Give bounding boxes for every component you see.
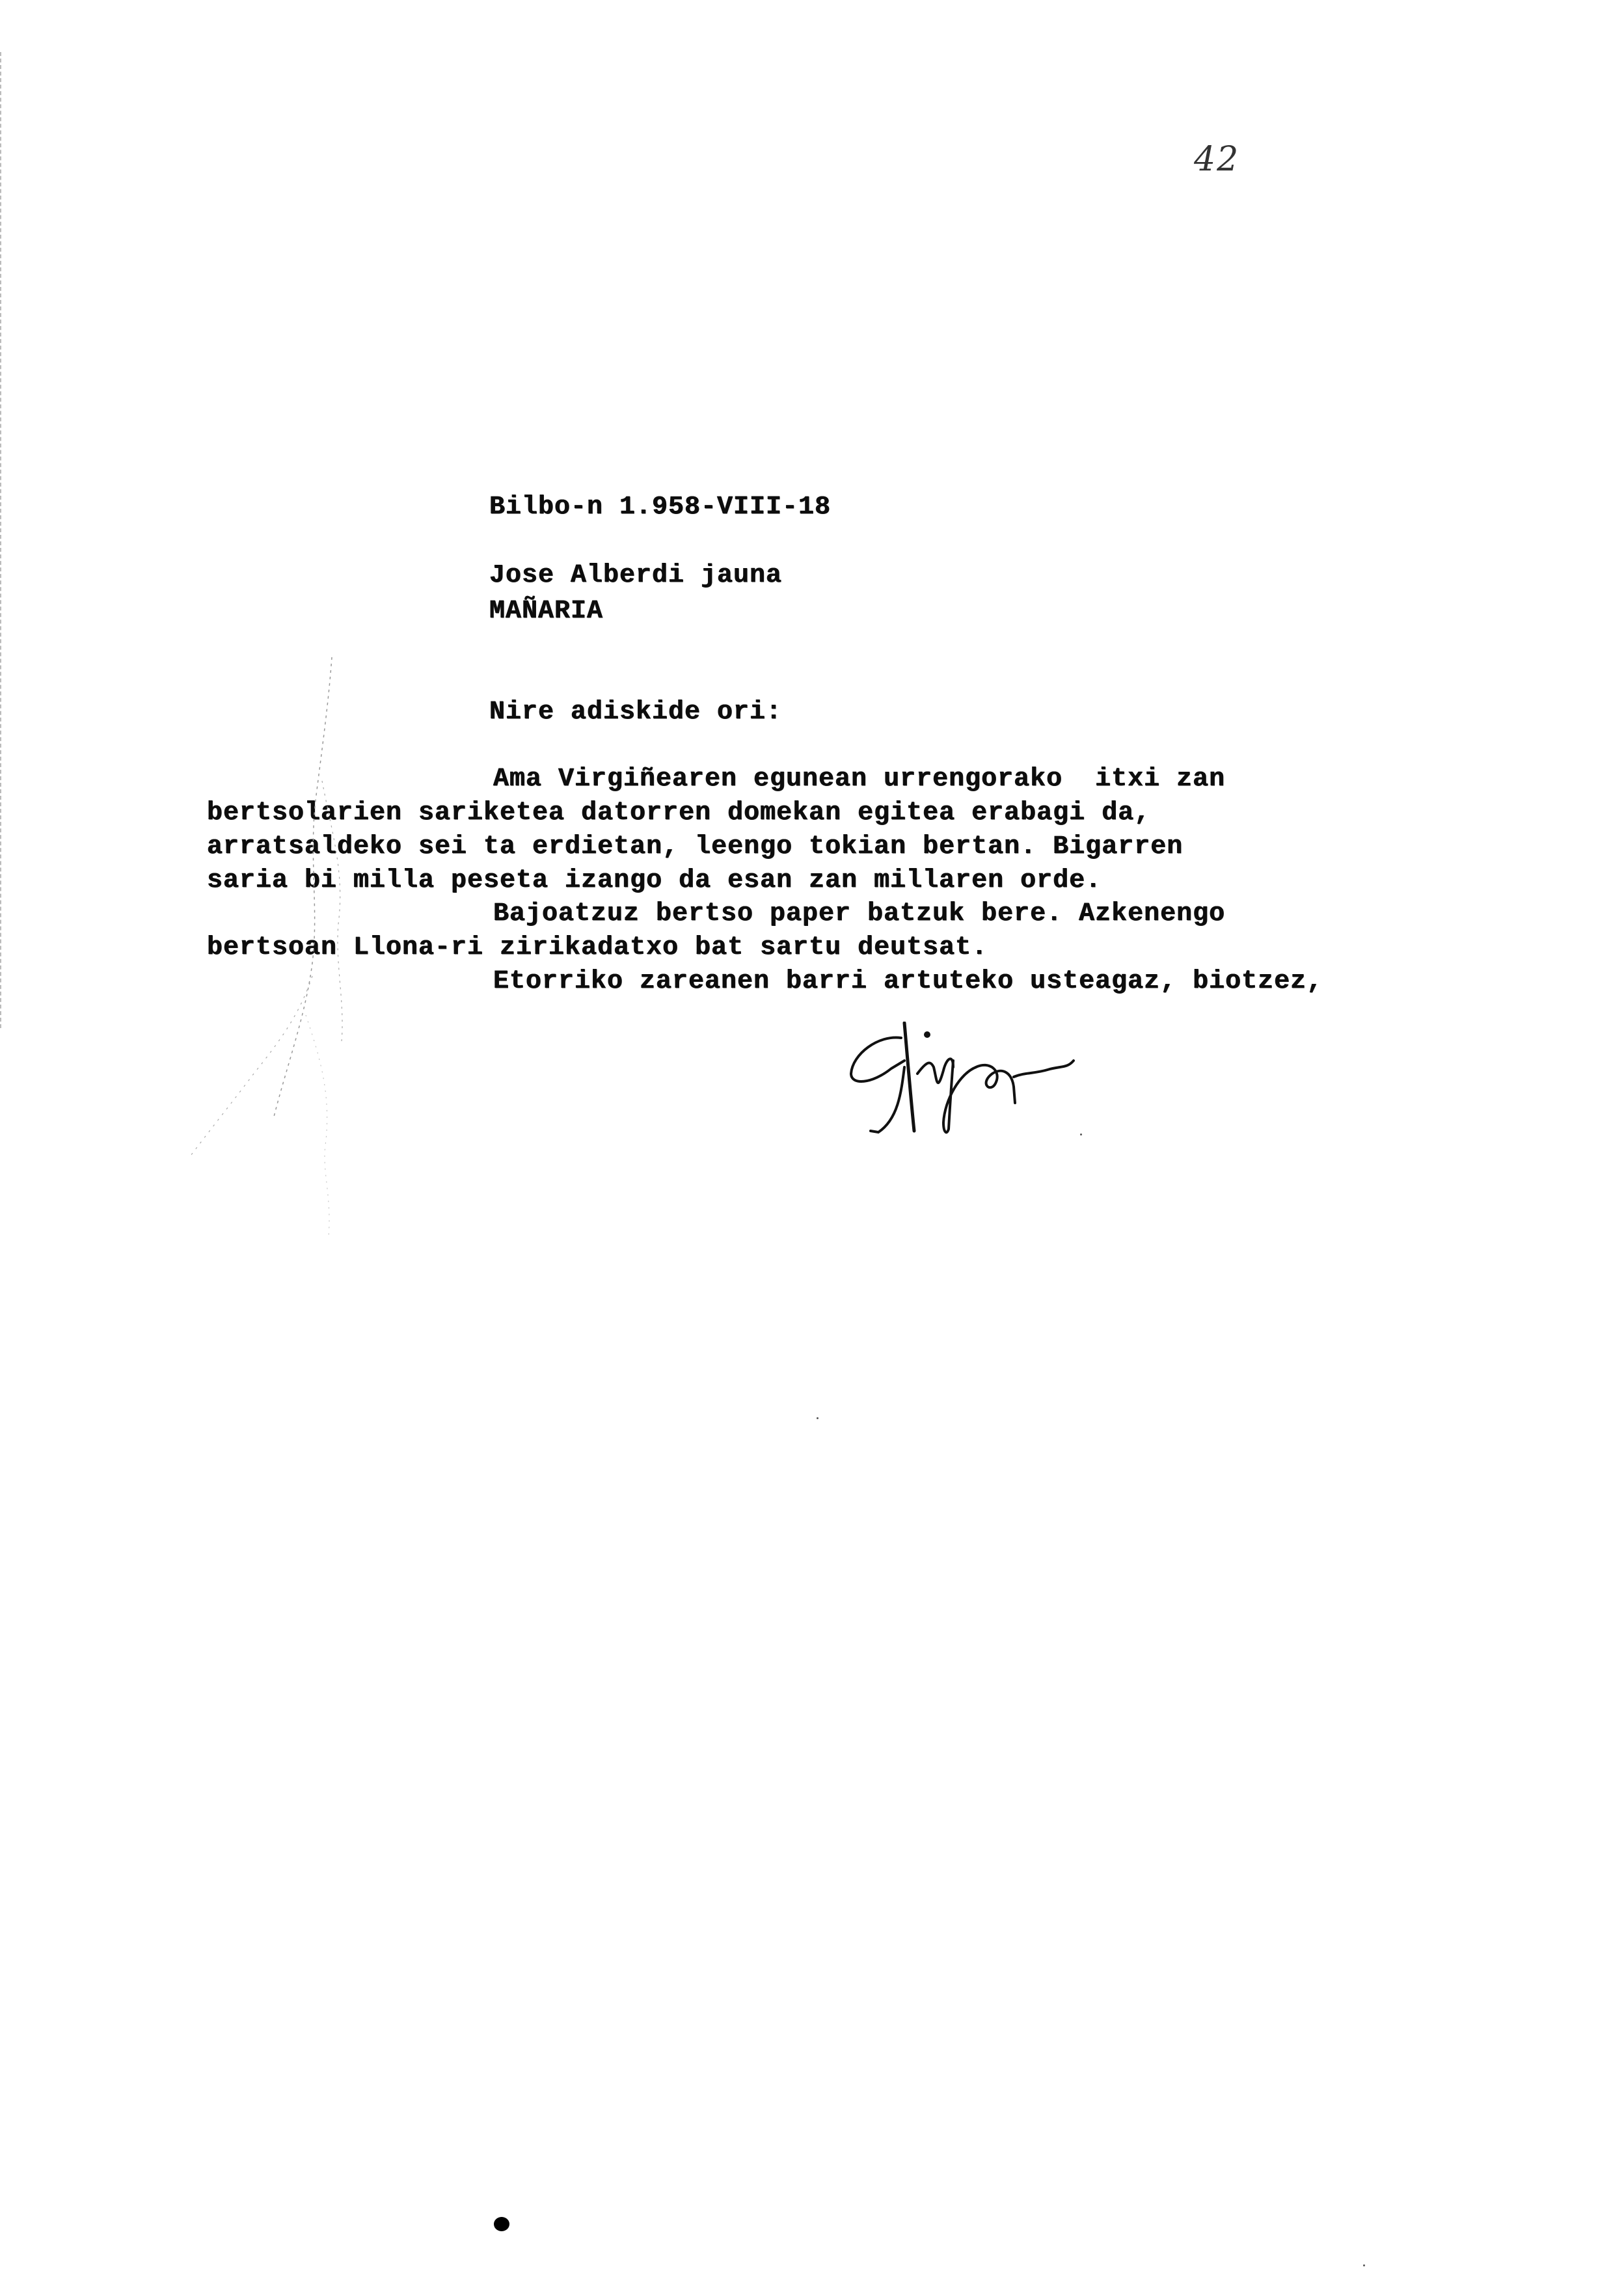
page-number: 42 — [1194, 140, 1239, 179]
ink-dot — [494, 2217, 509, 2231]
signature-icon — [839, 1022, 1113, 1145]
recipient-name: Jose Alberdi jauna — [489, 563, 782, 589]
salutation: Nire adiskide ori: — [489, 700, 782, 726]
body-line: Bajoatzuz bertso paper batzuk bere. Azke… — [493, 901, 1225, 927]
body-line: Ama Virgiñearen egunean urrengorako itxi… — [493, 767, 1225, 793]
scan-edge-line — [0, 52, 3, 1028]
speck — [817, 1417, 819, 1419]
speck — [1080, 1134, 1082, 1135]
letter-page: 42 Bilbo-n 1.958-VIII-18 Jose Alberdi ja… — [0, 0, 1624, 2282]
paper-crease-mark — [182, 651, 377, 1497]
date-line: Bilbo-n 1.958-VIII-18 — [489, 495, 831, 521]
speck — [1363, 2264, 1365, 2266]
recipient-place: MAÑARIA — [489, 599, 603, 625]
body-line: Etorriko zareanen barri artuteko usteaga… — [493, 969, 1323, 995]
